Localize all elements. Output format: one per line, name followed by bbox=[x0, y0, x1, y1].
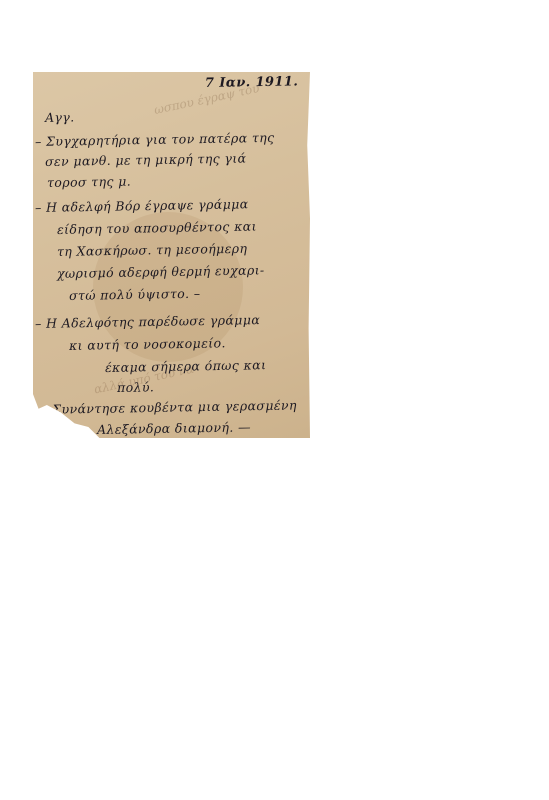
letter-salutation: Αγγ. bbox=[45, 109, 75, 125]
letter-line: σεν μανθ. με τη μικρή της γιά bbox=[45, 150, 247, 169]
letter-line: τοροσ της μ. bbox=[47, 174, 131, 190]
letter-line: στώ πολύ ύψιστο. – bbox=[69, 286, 201, 303]
letter-line: είδηση του αποσυρθέντος και bbox=[57, 219, 257, 237]
handwritten-letter-page: ωσπου έγραψ του αλλά υπό του να 7 Ιαν. 1… bbox=[33, 72, 310, 438]
letter-line: — Συνάντησε κουβέντα μια γερασμένη bbox=[35, 397, 297, 417]
letter-line: – Η αδελφή Βόρ έγραψε γράμμα bbox=[35, 196, 249, 215]
letter-line: έκαμα σήμερα όπως και bbox=[105, 357, 267, 375]
letter-line: πολύ. bbox=[117, 379, 155, 395]
letter-line: Αλεξάνδρα διαμονή. — bbox=[97, 419, 251, 437]
letter-line: κι αυτή το νοσοκομείο. bbox=[69, 335, 226, 353]
letter-date: 7 Ιαν. 1911. bbox=[205, 74, 298, 91]
letter-line: – Συγχαρητήρια για τον πατέρα της bbox=[35, 130, 275, 149]
